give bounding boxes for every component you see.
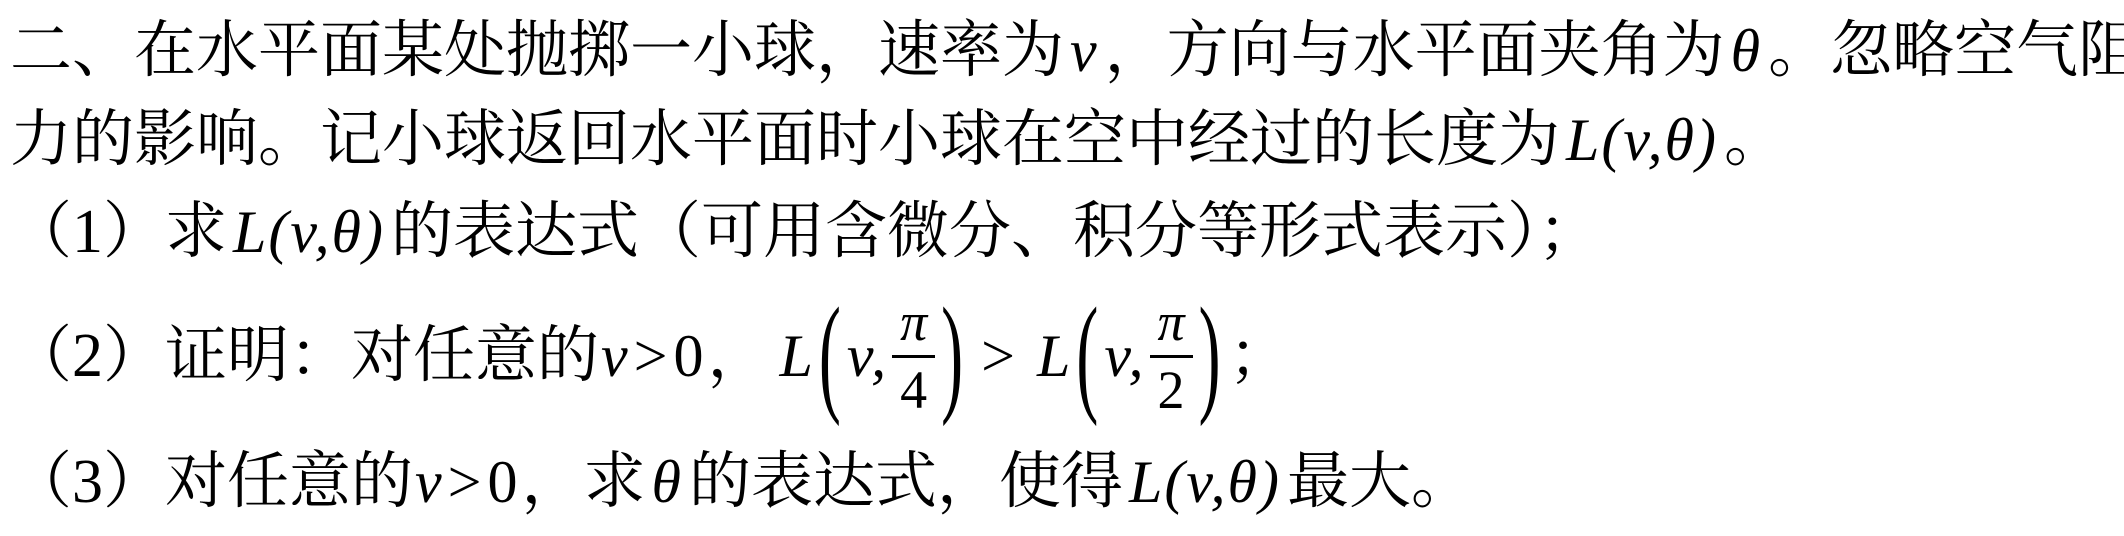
variable-v: v	[601, 326, 630, 386]
part-1-text-b: 的表达式（可用含微分、积分等形式表示）；	[391, 201, 1600, 263]
part-1-label: （1）	[10, 201, 165, 263]
left-parenthesis: (	[1076, 290, 1098, 422]
variable-theta: θ	[652, 452, 683, 512]
part-3-text-b: ，求	[522, 451, 646, 513]
fraction-numerator-pi: π	[1150, 294, 1193, 358]
intro-text-d: 力的影响。记小球返回水平面时小球在空中经过的长度为	[10, 109, 1560, 171]
variable-v: v	[415, 452, 444, 512]
part-3-text-d: 最大。	[1287, 451, 1473, 513]
fraction-denominator-4: 4	[900, 358, 927, 419]
right-parenthesis: )	[1199, 290, 1221, 422]
intro-line-1: 二、在水平面某处抛掷一小球，速率为 v ，方向与水平面夹角为 θ 。忽略空气阻	[10, 6, 2124, 96]
part-2-comma: ，	[708, 325, 770, 387]
fraction-pi-over-4: π 4	[892, 294, 935, 418]
intro-line-2: 力的影响。记小球返回水平面时小球在空中经过的长度为 L(v,θ) 。	[10, 96, 2124, 184]
part-2-text-a: 证明：对任意的	[165, 325, 599, 387]
function-L-v-theta: L(v,θ)	[233, 202, 385, 262]
zero-literal: 0	[488, 452, 520, 512]
intro-text-a: 二、在水平面某处抛掷一小球，速率为	[10, 20, 1064, 82]
fraction-pi-over-2: π 2	[1150, 294, 1193, 418]
intro-text-b: ，方向与水平面夹角为	[1105, 20, 1725, 82]
comparison-greater-than: >	[981, 326, 1017, 386]
greater-than-sign: >	[448, 452, 484, 512]
part-3-label: （3）	[10, 451, 165, 513]
function-name-L: L	[780, 326, 815, 386]
function-L-v-theta: L(v,θ)	[1129, 452, 1281, 512]
expression-L-v-pi-over-2: L ( v, π 2 )	[1031, 294, 1225, 418]
function-L-v-theta: L(v,θ)	[1566, 110, 1718, 170]
argument-v-comma: v,	[847, 326, 888, 386]
part-3-text-c: 的表达式，使得	[689, 451, 1123, 513]
part-1-text-a: 求	[165, 201, 227, 263]
math-problem-document: 二、在水平面某处抛掷一小球，速率为 v ，方向与水平面夹角为 θ 。忽略空气阻 …	[0, 0, 2124, 532]
greater-than-sign: >	[634, 326, 670, 386]
expression-L-v-pi-over-4: L ( v, π 4 )	[774, 294, 968, 418]
part-2-semicolon: ；	[1229, 325, 1291, 387]
part-3-text-a: 对任意的	[165, 451, 413, 513]
zero-literal: 0	[674, 326, 706, 386]
variable-v: v	[1070, 21, 1099, 81]
right-parenthesis: )	[941, 290, 963, 422]
function-name-L: L	[1037, 326, 1072, 386]
argument-v-comma: v,	[1104, 326, 1145, 386]
part-2-label: （2）	[10, 325, 165, 387]
question-part-1: （1） 求 L(v,θ) 的表达式（可用含微分、积分等形式表示）；	[10, 184, 2124, 280]
fraction-numerator-pi: π	[892, 294, 935, 358]
question-part-2: （2） 证明：对任意的 v > 0 ， L ( v, π 4 ) > L ( v…	[10, 280, 2124, 432]
intro-text-c: 。忽略空气阻	[1768, 20, 2124, 82]
question-part-3: （3） 对任意的 v > 0 ，求 θ 的表达式，使得 L(v,θ) 最大。	[10, 432, 2124, 532]
fraction-denominator-2: 2	[1158, 358, 1185, 419]
variable-theta: θ	[1731, 21, 1762, 81]
intro-text-e: 。	[1724, 109, 1786, 171]
left-parenthesis: (	[819, 290, 841, 422]
